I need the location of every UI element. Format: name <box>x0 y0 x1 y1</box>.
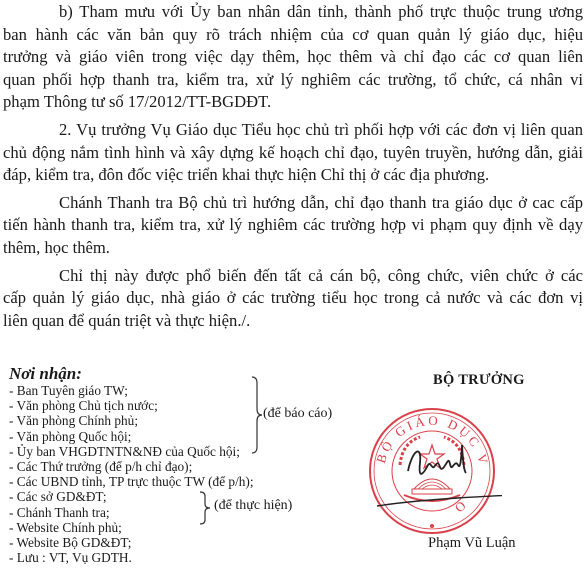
paragraph-dissemination: Chỉ thị này được phổ biến đến tất cả cán… <box>3 265 583 333</box>
svg-text:O: O <box>452 497 471 516</box>
text-line: trưởng và giáo viên trong việc dạy thêm,… <box>3 46 583 69</box>
text-line: chủ động nắm tình hình và xây dựng kế ho… <box>3 142 583 165</box>
document-body: b) Tham mưu với Ủy ban nhân dân tỉnh, th… <box>3 1 583 332</box>
text-line: phạm Thông tư số 17/2012/TT-BGDĐT. <box>3 91 583 114</box>
recipients-title: Nơi nhận: <box>9 364 329 383</box>
text-line: b) Tham mưu với Ủy ban nhân dân tỉnh, th… <box>3 1 583 24</box>
group-implement-label: (để thực hiện) <box>214 498 292 514</box>
signer-title: BỘ TRƯỞNG <box>433 372 525 389</box>
recipient-item: - Website Bộ GD&ĐT; <box>9 535 329 550</box>
text-line: quan phối hợp thanh tra, kiểm tra, xử lý… <box>3 69 583 92</box>
recipients-block: Nơi nhận: - Ban Tuyên giáo TW; - Văn phò… <box>9 364 329 565</box>
recipient-item: - Website Chính phủ; <box>9 520 329 535</box>
recipient-item: - Các Thứ trưởng (để p/h chỉ đạo); <box>9 459 329 474</box>
text-line: đáp, kiểm tra, đôn đốc việc triển khai t… <box>3 164 583 187</box>
text-line: ban hành các văn bản quy rõ trách nhiệm … <box>3 24 583 47</box>
text-line: Chỉ thị này được phổ biến đến tất cả cán… <box>3 265 583 288</box>
signer-name: Phạm Vũ Luận <box>428 535 516 552</box>
paragraph-chief-inspector: Chánh Thanh tra Bộ chủ trì hướng dẫn, ch… <box>3 192 583 260</box>
paragraph-item-2: 2. Vụ trưởng Vụ Giáo dục Tiểu học chủ tr… <box>3 119 583 187</box>
text-line: liên quan để quán triệt và thực hiện./. <box>3 310 583 333</box>
recipient-item: - Lưu : VT, Vụ GDTH. <box>9 550 329 565</box>
brace-report-icon <box>250 375 264 455</box>
brace-implement-icon <box>198 491 212 525</box>
text-line: tiến hành thanh tra, kiểm tra, xử lý ngh… <box>3 214 583 237</box>
text-line: thêm, học thêm. <box>3 237 583 260</box>
official-stamp-icon: BỘ GIÁO DỤC VÀ ĐÀ O <box>362 403 502 538</box>
text-line: cấp quản lý giáo dục, nhà giáo ở các trư… <box>3 287 583 310</box>
paragraph-item-b: b) Tham mưu với Ủy ban nhân dân tỉnh, th… <box>3 1 583 114</box>
text-line: 2. Vụ trưởng Vụ Giáo dục Tiểu học chủ tr… <box>3 119 583 142</box>
recipient-item: - Các UBND tỉnh, TP trực thuộc TW (để p/… <box>9 474 329 489</box>
recipient-item: - Văn phòng Quốc hội; <box>9 429 329 444</box>
group-report-label: (để báo cáo) <box>263 406 332 422</box>
text-line: Chánh Thanh tra Bộ chủ trì hướng dẫn, ch… <box>3 192 583 215</box>
recipient-item: - Ban Tuyên giáo TW; <box>9 383 329 398</box>
recipient-item: - Ủy ban VHGDTNTN&NĐ của Quốc hội; <box>9 444 329 459</box>
